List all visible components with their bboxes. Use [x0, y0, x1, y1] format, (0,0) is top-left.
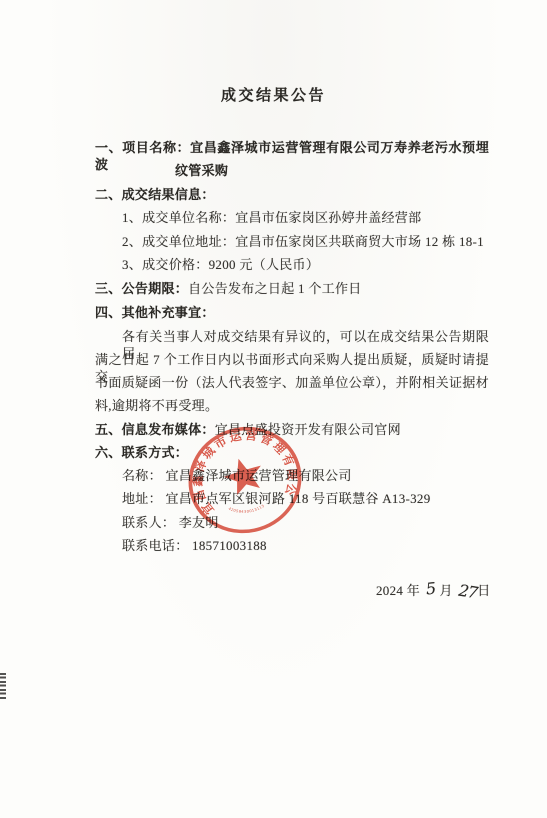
date-day-handwritten: 27: [457, 582, 478, 602]
announcement-period-value: 自公告发布之日起 1 个工作日: [188, 281, 362, 296]
winner-price-item: 3、成交价格：9200 元（人民币）: [122, 256, 319, 273]
winner-name-item: 1、成交单位名称：宜昌市伍家岗区孙婷井盖经营部: [122, 209, 421, 226]
date-day-unit: 日: [477, 583, 490, 598]
contact-address-line: 地址： 宜昌市点军区银河路 118 号百联慧谷 A13-329: [122, 490, 431, 507]
contact-phone-line: 联系电话： 18571003188: [122, 537, 267, 554]
announcement-period-line: 三、公告期限：自公告发布之日起 1 个工作日: [95, 280, 362, 297]
scanned-document-page: 成交结果公告 一、项目名称：宜昌鑫泽城市运营管理有限公司万寿养老污水预埋波 纹管…: [0, 0, 547, 818]
doc-title: 成交结果公告: [0, 88, 547, 105]
supplementary-heading: 四、其他补充事宜：: [95, 304, 215, 321]
publish-media-line: 五、信息发布媒体：宜昌点盛投资开发有限公司官网: [95, 421, 401, 438]
winner-address-item: 2、成交单位地址：宜昌市伍家岗区共联商贸大市场 12 栋 18-1: [122, 233, 484, 250]
project-name-line2: 纹管采购: [175, 162, 228, 179]
date-month-unit: 月: [440, 583, 453, 598]
date-year: 2024 年: [376, 583, 420, 598]
supplementary-paragraph-line: 书面质疑函一份（法人代表签字、加盖单位公章），并附相关证据材: [95, 374, 489, 391]
contact-heading: 六、联系方式：: [95, 444, 188, 461]
publish-media-label: 五、信息发布媒体：: [95, 422, 215, 437]
project-name-line1: 一、项目名称：宜昌鑫泽城市运营管理有限公司万寿养老污水预埋波: [95, 139, 489, 173]
date-line: 2024 年5月27日: [376, 581, 491, 599]
date-month-handwritten: 5: [425, 580, 437, 598]
contact-person-line: 联系人： 李友明: [122, 514, 219, 531]
contact-name-line: 名称： 宜昌鑫泽城市运营管理有限公司: [122, 467, 352, 484]
supplementary-paragraph-line: 料,逾期将不再受理。: [95, 397, 218, 414]
publish-media-value: 宜昌点盛投资开发有限公司官网: [215, 422, 401, 437]
scan-artifact-left-edge: [0, 673, 6, 700]
section-result-info-heading: 二、成交结果信息：: [95, 186, 215, 203]
announcement-period-label: 三、公告期限：: [95, 281, 188, 296]
